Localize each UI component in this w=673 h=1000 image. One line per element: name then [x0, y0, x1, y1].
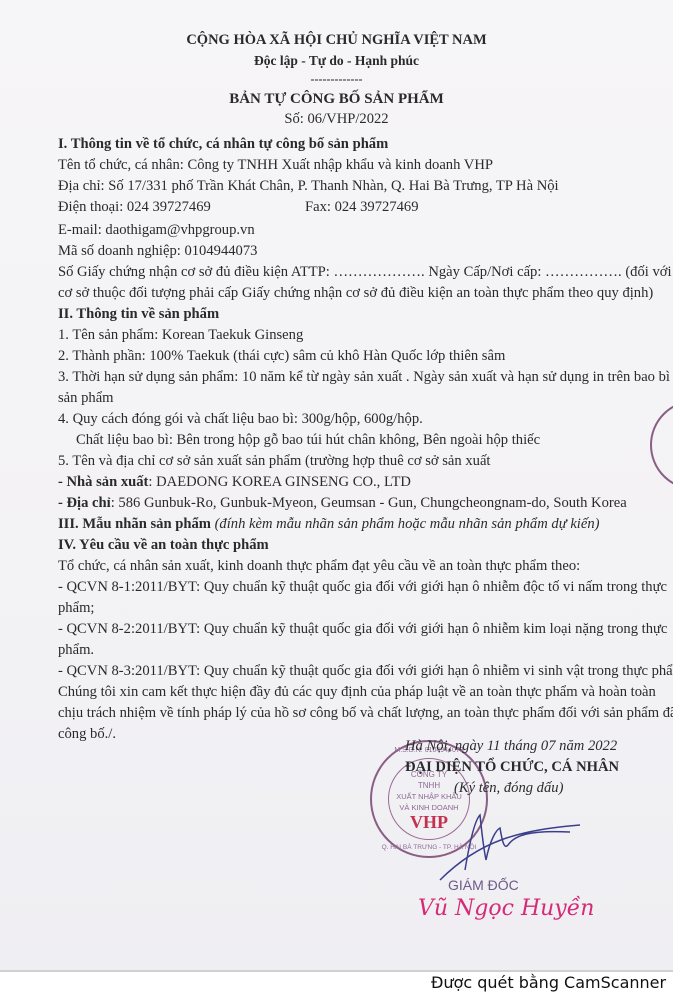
section3-heading: III. Mẫu nhãn sản phẩm	[58, 516, 211, 532]
camscanner-watermark: Được quét bằng CamScanner	[431, 973, 666, 992]
org-fax: Fax: 024 39727469	[305, 198, 419, 216]
section3-note: (đính kèm mẫu nhãn sản phẩm hoặc mẫu nhã…	[215, 516, 600, 532]
document-page: CỘNG HÒA XÃ HỘI CHỦ NGHĨA VIỆT NAM Độc l…	[0, 0, 673, 972]
sign-date: Hà Nội, ngày 11 tháng 07 năm 2022	[405, 737, 617, 755]
standard-2-line-2: phẩm.	[58, 641, 94, 659]
section2-heading: II. Thông tin về sản phẩm	[58, 305, 219, 323]
commitment-line-1: Chúng tôi xin cam kết thực hiện đầy đủ c…	[58, 683, 656, 701]
org-email: E-mail: daothigam@vhpgroup.vn	[58, 221, 255, 239]
standard-2-line-1: - QCVN 8-2:2011/BYT: Quy chuẩn kỹ thuật …	[58, 620, 667, 638]
standard-1-line-2: phẩm;	[58, 599, 94, 617]
org-name: Tên tổ chức, cá nhân: Công ty TNHH Xuất …	[58, 156, 493, 174]
sign-note: (Ký tên, đóng dấu)	[454, 779, 563, 797]
shelf-life-line-2: sản phẩm	[58, 389, 114, 407]
section1-heading: I. Thông tin về tổ chức, cá nhân tự công…	[58, 135, 388, 153]
standard-1-line-1: - QCVN 8-1:2011/BYT: Quy chuẩn kỹ thuật …	[58, 578, 667, 596]
packaging: 4. Quy cách đóng gói và chất liệu bao bì…	[58, 410, 423, 428]
country-header: CỘNG HÒA XÃ HỘI CHỦ NGHĨA VIỆT NAM	[0, 31, 673, 49]
product-name: 1. Tên sản phẩm: Korean Taekuk Ginseng	[58, 326, 303, 344]
edge-stamp	[650, 400, 673, 490]
document-title: BẢN TỰ CÔNG BỐ SẢN PHẨM	[0, 90, 673, 108]
shelf-life-line-1: 3. Thời hạn sử dụng sản phẩm: 10 năm kể …	[58, 368, 670, 386]
standard-3: - QCVN 8-3:2011/BYT: Quy chuẩn kỹ thuật …	[58, 662, 673, 680]
signer-name: Vũ Ngọc Huyền	[418, 896, 594, 922]
org-address: Địa chỉ: Số 17/331 phố Trần Khát Chân, P…	[58, 177, 559, 195]
signer-position: GIÁM ĐỐC	[448, 876, 519, 894]
manufacturer-value: : DAEDONG KOREA GINSENG CO., LTD	[148, 474, 411, 490]
commitment-line-3: công bố./.	[58, 725, 116, 743]
safety-intro: Tổ chức, cá nhân sản xuất, kinh doanh th…	[58, 557, 580, 575]
manufacturing-facility: 5. Tên và địa chỉ cơ sở sản xuất sản phẩ…	[58, 452, 490, 470]
org-phone: Điện thoại: 024 39727469	[58, 198, 211, 216]
tax-code: Mã số doanh nghiệp: 0104944073	[58, 242, 257, 260]
cert-line-1: Số Giấy chứng nhận cơ sở đủ điều kiện AT…	[58, 263, 672, 281]
separator: -------------	[0, 70, 673, 88]
mfr-address-label: - Địa chỉ	[58, 495, 111, 511]
commitment-line-2: chịu trách nhiệm về tính pháp lý của hồ …	[58, 704, 673, 722]
mfr-address-value: : 586 Gunbuk-Ro, Gunbuk-Myeon, Geumsan -…	[111, 495, 627, 511]
cert-line-2: cơ sở thuộc đối tượng phải cấp Giấy chứn…	[58, 284, 653, 302]
document-number: Số: 06/VHP/2022	[0, 110, 673, 128]
manufacturer-label: - Nhà sản xuất	[58, 474, 148, 490]
product-ingredients: 2. Thành phần: 100% Taekuk (thái cực) sâ…	[58, 347, 505, 365]
section3: III. Mẫu nhãn sản phẩm (đính kèm mẫu nhã…	[58, 515, 599, 533]
manufacturer: - Nhà sản xuất: DAEDONG KOREA GINSENG CO…	[58, 473, 411, 491]
motto: Độc lập - Tự do - Hạnh phúc	[0, 52, 673, 70]
manufacturer-address: - Địa chỉ: 586 Gunbuk-Ro, Gunbuk-Myeon, …	[58, 494, 627, 512]
representative-title: ĐẠI DIỆN TỔ CHỨC, CÁ NHÂN	[405, 758, 619, 776]
packaging-material: Chất liệu bao bì: Bên trong hộp gỗ bao t…	[76, 431, 540, 449]
section4-heading: IV. Yêu cầu về an toàn thực phẩm	[58, 536, 269, 554]
